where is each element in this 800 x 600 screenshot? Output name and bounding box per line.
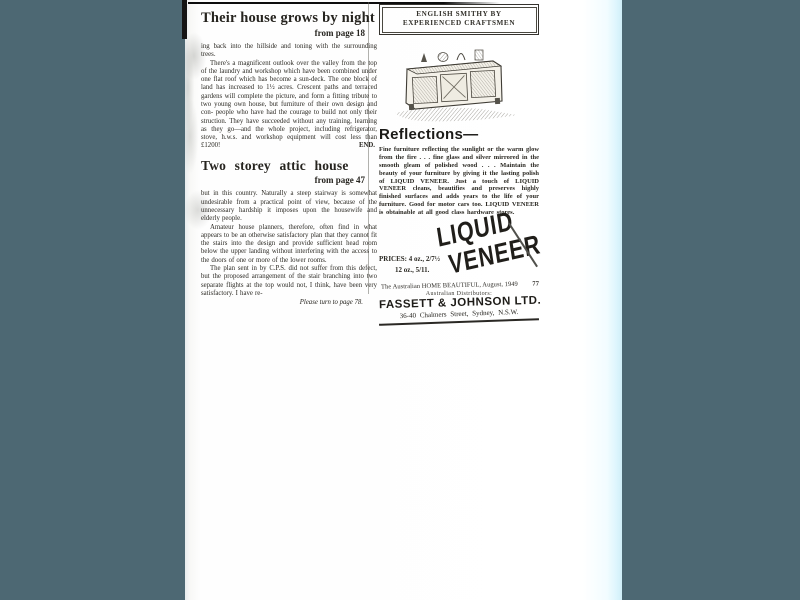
article-paragraph: ing back into the hillside and toning wi… [201,43,377,60]
prices-block: PRICES: 4 oz., 2/7½ 12 oz., 5/11. [379,254,440,275]
article-title-house-grows: Their house grows by night [201,10,377,27]
clipping-corner-mark [182,0,187,39]
price-line-12oz: 12 oz., 5/11. [379,265,440,276]
footer-page-number: 77 [532,280,543,287]
price-line-4oz: PRICES: 4 oz., 2/7½ [379,254,440,265]
engraved-sideboard-illustration [391,39,523,125]
article-end-mark: END. [201,142,377,149]
continued-from-page-47: from page 47 [201,175,377,185]
article-attic-house: Two storey attic house from page 47 but … [201,158,377,306]
ad-body-copy: Fine furniture reflecting the sunlight o… [379,146,539,216]
article-paragraph: but in this country. Naturally a steep s… [201,190,377,223]
article-column: Their house grows by night from page 18 … [201,10,377,306]
ad-headline: Reflections— [379,126,539,143]
article-paragraph: The plan sent in by C.P.S. did not suffe… [201,265,377,298]
ad-caption-text: ENGLISH SMITHY BY EXPERIENCED CRAFTSMEN [382,7,537,33]
article-paragraph: There's a magnificent outlook over the v… [201,60,377,151]
ad-caption-box: ENGLISH SMITHY BY EXPERIENCED CRAFTSMEN [379,4,539,35]
scanned-magazine-view: Their house grows by night from page 18 … [0,0,800,600]
article-paragraph: Amateur house planners, therefore, often… [201,224,377,265]
advertisement-column: ENGLISH SMITHY BY EXPERIENCED CRAFTSMEN [379,4,539,322]
continued-from-page-18: from page 18 [201,28,377,38]
turn-to-page-note: Please turn to page 78. [201,299,377,306]
scanned-page: Their house grows by night from page 18 … [185,0,622,600]
article-title-attic-house: Two storey attic house [201,158,377,174]
